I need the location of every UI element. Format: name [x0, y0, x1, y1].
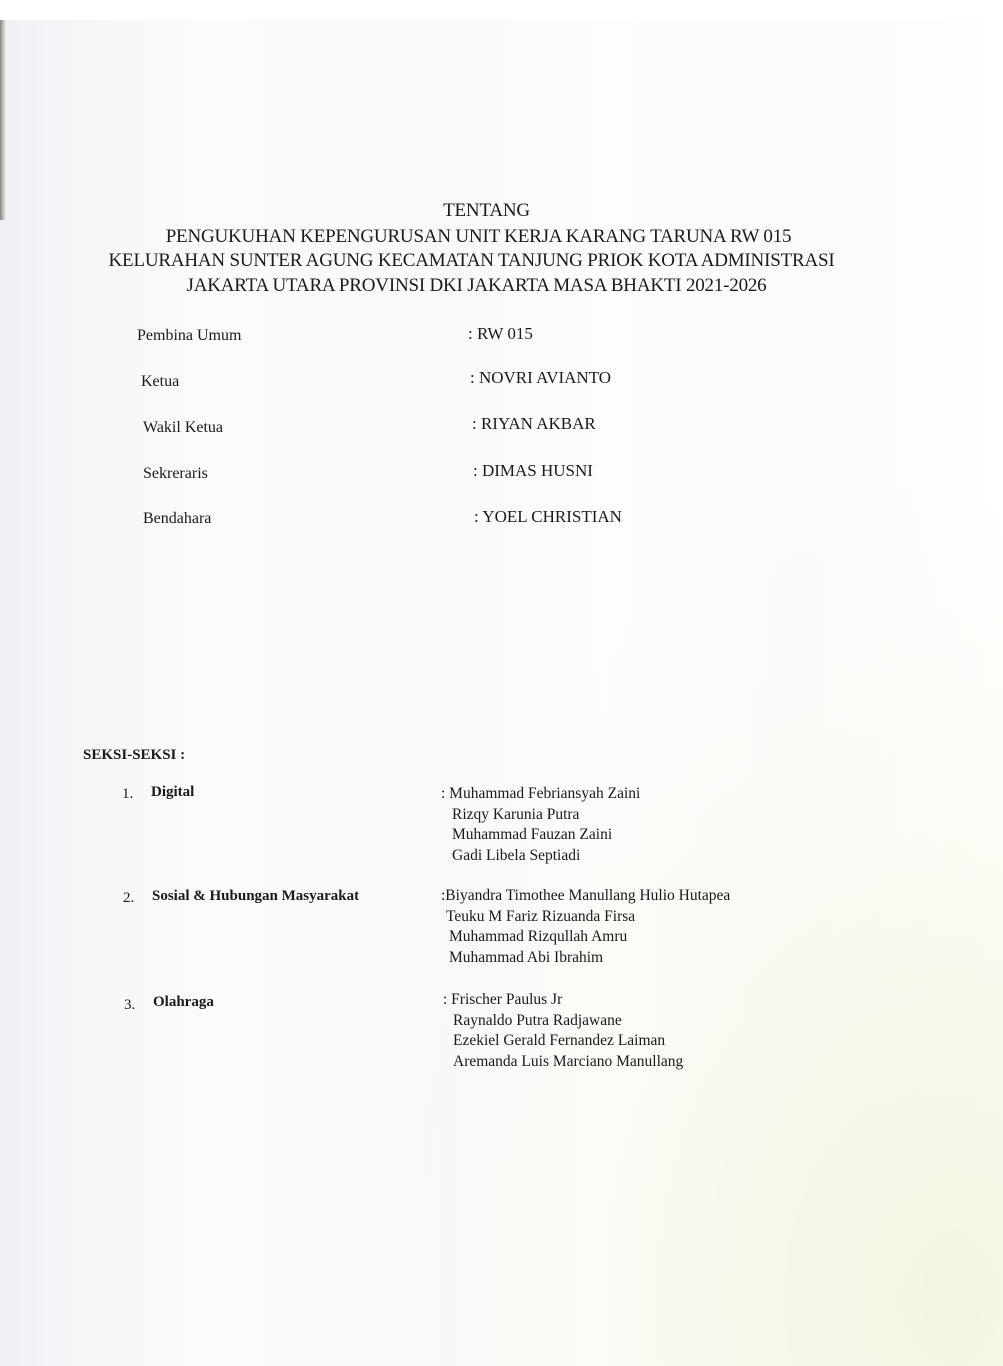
officer-role-pembina-umum: Pembina Umum — [137, 327, 241, 345]
sections-heading: SEKSI-SEKSI : — [83, 747, 185, 764]
member-name: : Muhammad Febriansyah Zaini — [441, 784, 640, 805]
section-name-sosial-humas: Sosial & Hubungan Masyarakat — [152, 888, 359, 905]
officer-name-ketua: : NOVRI AVIANTO — [470, 368, 611, 388]
member-name: Muhammad Abi Ibrahim — [449, 948, 730, 969]
member-name: Muhammad Rizqullah Amru — [449, 927, 730, 948]
officer-name-bendahara: : YOEL CHRISTIAN — [474, 507, 622, 527]
member-name: :Biyandra Timothee Manullang Hulio Hutap… — [441, 886, 730, 907]
officer-name-sekretaris: : DIMAS HUSNI — [473, 461, 593, 481]
member-name: : Frischer Paulus Jr — [443, 990, 683, 1011]
member-name: Raynaldo Putra Radjawane — [453, 1011, 683, 1032]
officer-name-pembina-umum: : RW 015 — [468, 324, 533, 344]
header-line-4: JAKARTA UTARA PROVINSI DKI JAKARTA MASA … — [0, 275, 978, 297]
section-number: 1. — [122, 786, 133, 803]
officer-name-wakil-ketua: : RIYAN AKBAR — [472, 414, 596, 434]
member-name: Teuku M Fariz Rizuanda Firsa — [446, 907, 730, 928]
section-number: 3. — [124, 997, 135, 1014]
officer-role-wakil-ketua: Wakil Ketua — [143, 419, 223, 437]
member-name: Aremanda Luis Marciano Manullang — [453, 1052, 683, 1073]
officer-role-sekretaris: Sekreraris — [143, 465, 208, 483]
section-name-olahraga: Olahraga — [153, 994, 214, 1011]
header-line-1: TENTANG — [0, 200, 988, 222]
member-name: Rizqy Karunia Putra — [452, 805, 640, 826]
header-line-2: PENGUKUHAN KEPENGURUSAN UNIT KERJA KARAN… — [0, 226, 980, 248]
member-name: Muhammad Fauzan Zaini — [452, 825, 640, 846]
officer-role-ketua: Ketua — [141, 373, 179, 391]
header-line-3: KELURAHAN SUNTER AGUNG KECAMATAN TANJUNG… — [0, 250, 973, 272]
member-name: Gadi Libela Septiadi — [452, 846, 640, 867]
section-members-digital: : Muhammad Febriansyah Zaini Rizqy Karun… — [441, 784, 640, 866]
section-members-olahraga: : Frischer Paulus Jr Raynaldo Putra Radj… — [443, 990, 683, 1072]
section-members-sosial-humas: :Biyandra Timothee Manullang Hulio Hutap… — [441, 886, 730, 968]
officer-role-bendahara: Bendahara — [143, 510, 211, 528]
member-name: Ezekiel Gerald Fernandez Laiman — [453, 1031, 683, 1052]
section-name-digital: Digital — [151, 784, 194, 801]
section-number: 2. — [123, 890, 134, 907]
paper-edge-shadow — [0, 20, 6, 220]
